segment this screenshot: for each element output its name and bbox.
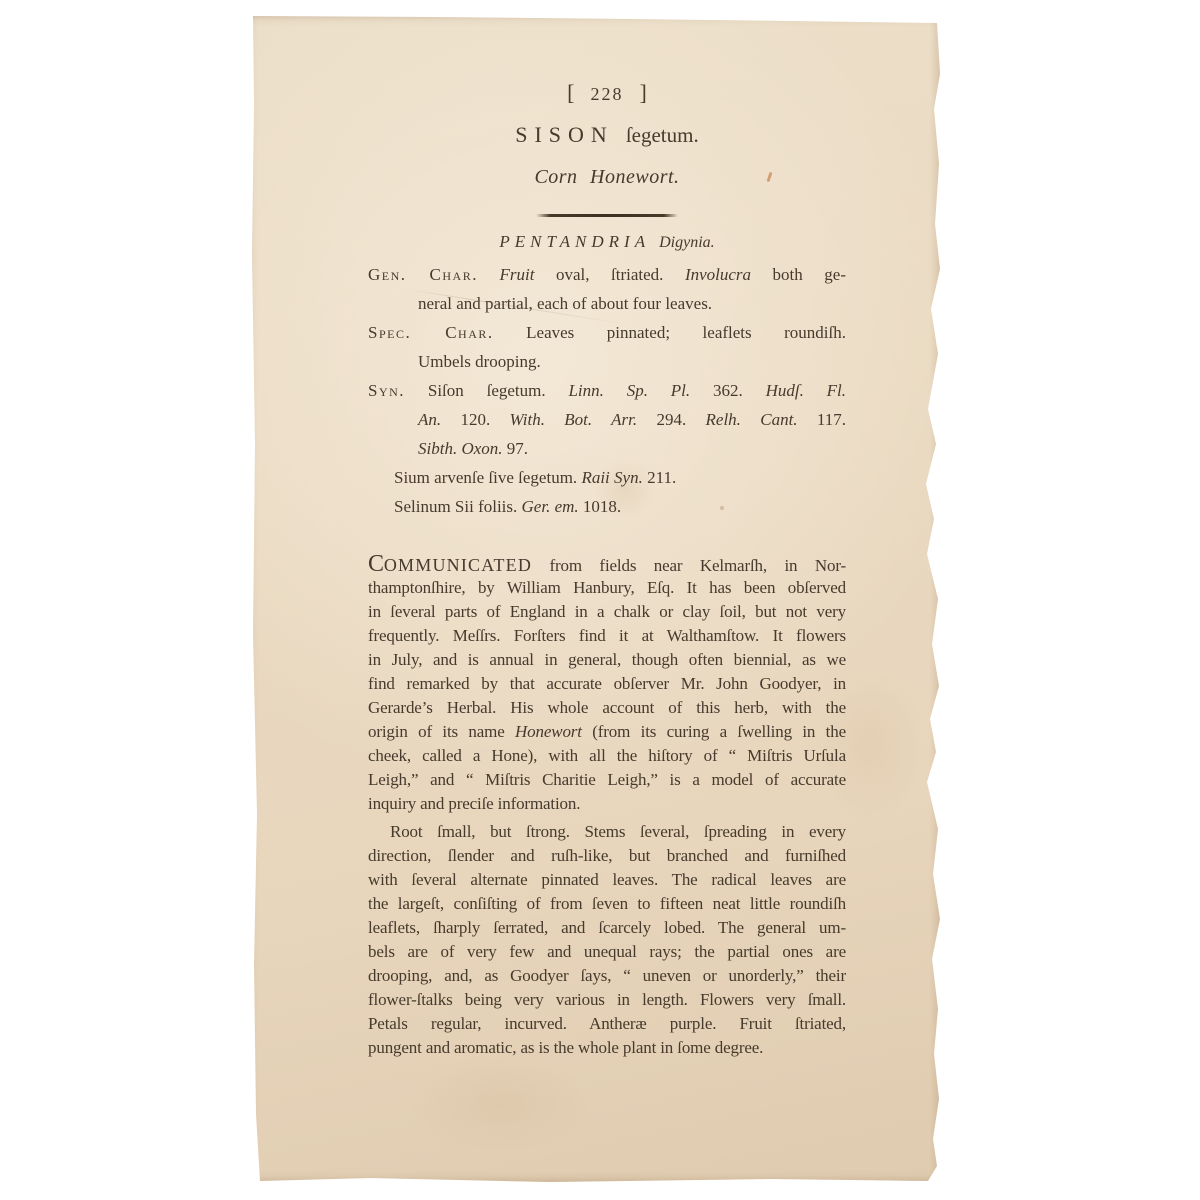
text-segment: Honewort — [515, 722, 582, 741]
common-name: Corn Honewort. — [368, 166, 846, 189]
text-line: thamptonſhire, by William Hanbury, Eſq. … — [368, 576, 846, 600]
paragraph-communicated: COMMUNICATED from fields near Kelmarſh, … — [368, 552, 846, 816]
text-segment: Root ſmall, but ſtrong. Stems ſeveral, ſ… — [390, 822, 846, 841]
text-segment: 117. — [798, 410, 846, 429]
gen-char-entry: Gen. Char. Fruit oval, ſtriated. Involuc… — [368, 260, 846, 318]
text-segment: flower-ſtalks being very various in leng… — [368, 990, 846, 1009]
text-segment: 362. — [690, 381, 765, 400]
text-line: cheek, called a Hone), with all the hiſt… — [368, 744, 846, 768]
text-segment: Relh. Cant. — [706, 410, 798, 429]
text-segment: 211. — [643, 468, 676, 487]
text-line: in ſeveral parts of England in a chalk o… — [368, 600, 846, 624]
text-segment: Leaves pinnated; leaflets roundiſh. — [494, 323, 846, 342]
linnaean-order: Digynia. — [659, 234, 715, 251]
text-line: neral and partial, each of about four le… — [368, 289, 846, 318]
text-segment: Linn. Sp. Pl. — [568, 381, 690, 400]
text-line: COMMUNICATED from fields near Kelmarſh, … — [368, 552, 846, 576]
text-segment: Involucra — [685, 265, 751, 284]
text-segment: (from its curing a ſwelling in the — [582, 722, 846, 741]
text-line: direction, ſlender and ruſh-like, but br… — [368, 844, 846, 868]
classification-row: PENTANDRIADigynia. — [368, 232, 846, 252]
text-line: Petals regular, incurved. Antheræ purple… — [368, 1012, 846, 1036]
species-epithet: ſegetum. — [626, 123, 699, 147]
botanical-entries: Gen. Char. Fruit oval, ſtriated. Involuc… — [368, 260, 846, 521]
synonyms-entry: Syn. Siſon ſegetum. Linn. Sp. Pl. 362. H… — [368, 376, 846, 463]
text-segment: Sium arvenſe ſive ſegetum. — [394, 468, 581, 487]
text-line: Umbels drooping. — [368, 347, 846, 376]
text-segment: Leigh,” and “ Miſtris Charitie Leigh,” i… — [368, 770, 846, 789]
text-segment: Petals regular, incurved. Antheræ purple… — [368, 1014, 846, 1033]
text-segment: Gerarde’s Herbal. His whole account of t… — [368, 698, 846, 717]
text-segment: oval, ſtriated. — [534, 265, 684, 284]
text-line: the largeſt, conſiſting of from ſeven to… — [368, 892, 846, 916]
text-line: drooping, and, as Goodyer ſays, “ uneven… — [368, 964, 846, 988]
text-line: origin of its name Honewort (from its cu… — [368, 720, 846, 744]
text-line: Gerarde’s Herbal. His whole account of t… — [368, 696, 846, 720]
text-segment — [478, 265, 500, 284]
page-number-bracket-open: [ — [567, 80, 574, 105]
description-paragraphs: COMMUNICATED from fields near Kelmarſh, … — [368, 552, 846, 1060]
synonym-sium: Sium arvenſe ſive ſegetum. Raii Syn. 211… — [368, 463, 846, 492]
species-title: SISONſegetum. — [368, 122, 846, 148]
text-line: bels are of very few and unequal rays; t… — [368, 940, 846, 964]
text-segment: Ger. em. — [522, 497, 579, 516]
page-number: 228 — [591, 84, 624, 104]
text-segment: drooping, and, as Goodyer ſays, “ uneven… — [368, 966, 846, 985]
text-line: inquiry and preciſe information. — [368, 792, 846, 816]
page-number-bracket-close: ] — [640, 80, 647, 105]
text-segment: 120. — [441, 410, 509, 429]
text-segment: OMMUNICATED — [384, 555, 532, 575]
text-line: Root ſmall, but ſtrong. Stems ſeveral, ſ… — [368, 820, 846, 844]
text-line: An. 120. With. Bot. Arr. 294. Relh. Cant… — [368, 405, 846, 434]
text-segment: frequently. Meſſrs. Forſters find it at … — [368, 626, 846, 645]
text-segment: both ge- — [751, 265, 846, 284]
text-segment: Fruit — [500, 265, 535, 284]
text-line: with ſeveral alternate pinnated leaves. … — [368, 868, 846, 892]
text-segment: from fields near Kelmarſh, in Nor- — [532, 556, 846, 575]
ornament-rule — [536, 214, 678, 217]
text-segment: origin of its name — [368, 722, 515, 741]
text-segment: in ſeveral parts of England in a chalk o… — [368, 602, 846, 621]
text-segment: 97. — [503, 439, 529, 458]
synonym-selinum: Selinum Sii foliis. Ger. em. 1018. — [368, 492, 846, 521]
text-segment: Siſon ſegetum. — [405, 381, 568, 400]
text-segment: Spec. Char. — [368, 323, 494, 342]
text-line: Sibth. Oxon. 97. — [368, 434, 846, 463]
text-line: Sium arvenſe ſive ſegetum. Raii Syn. 211… — [368, 463, 846, 492]
text-line: in July, and is annual in general, thoug… — [368, 648, 846, 672]
text-segment: 1018. — [579, 497, 622, 516]
text-segment: cheek, called a Hone), with all the hiſt… — [368, 746, 846, 765]
text-segment: bels are of very few and unequal rays; t… — [368, 942, 846, 961]
text-segment: Raii Syn. — [581, 468, 642, 487]
text-line: Spec. Char. Leaves pinnated; leaflets ro… — [368, 318, 846, 347]
text-segment: 294. — [637, 410, 705, 429]
text-line: leaflets, ſharply ſerrated, and ſcarcely… — [368, 916, 846, 940]
text-line: Gen. Char. Fruit oval, ſtriated. Involuc… — [368, 260, 846, 289]
text-segment: direction, ſlender and ruſh-like, but br… — [368, 846, 846, 865]
text-line: find remarked by that accurate obſerver … — [368, 672, 846, 696]
paragraph-description: Root ſmall, but ſtrong. Stems ſeveral, ſ… — [368, 820, 846, 1060]
page-number-row: [228] — [368, 80, 846, 106]
text-segment: leaflets, ſharply ſerrated, and ſcarcely… — [368, 918, 846, 937]
text-segment: neral and partial, each of about four le… — [418, 294, 712, 313]
text-segment: find remarked by that accurate obſerver … — [368, 674, 846, 693]
spec-char-entry: Spec. Char. Leaves pinnated; leaflets ro… — [368, 318, 846, 376]
text-segment: An. — [418, 410, 441, 429]
text-segment: pungent and aromatic, as is the whole pl… — [368, 1038, 763, 1057]
linnaean-class: PENTANDRIA — [499, 232, 650, 251]
text-line: flower-ſtalks being very various in leng… — [368, 988, 846, 1012]
book-page: [228] SISONſegetum. Corn Honewort. PENTA… — [250, 14, 944, 1182]
text-segment: Sibth. Oxon. — [418, 439, 503, 458]
text-segment: the largeſt, conſiſting of from ſeven to… — [368, 894, 846, 913]
text-segment: Selinum Sii foliis. — [394, 497, 522, 516]
text-segment: With. Bot. Arr. — [510, 410, 638, 429]
text-line: Syn. Siſon ſegetum. Linn. Sp. Pl. 362. H… — [368, 376, 846, 405]
text-segment: Hudſ. Fl. — [766, 381, 846, 400]
text-segment: Gen. Char. — [368, 265, 478, 284]
text-line: Selinum Sii foliis. Ger. em. 1018. — [368, 492, 846, 521]
text-segment: in July, and is annual in general, thoug… — [368, 650, 846, 669]
page-edge-shading — [930, 14, 944, 1182]
text-segment: thamptonſhire, by William Hanbury, Eſq. … — [368, 578, 846, 597]
text-line: frequently. Meſſrs. Forſters find it at … — [368, 624, 846, 648]
text-segment: Syn. — [368, 381, 405, 400]
text-segment: Umbels drooping. — [418, 352, 541, 371]
text-line: Leigh,” and “ Miſtris Charitie Leigh,” i… — [368, 768, 846, 792]
scan-background: [228] SISONſegetum. Corn Honewort. PENTA… — [0, 0, 1200, 1200]
genus-name: SISON — [515, 122, 614, 147]
text-segment: with ſeveral alternate pinnated leaves. … — [368, 870, 846, 889]
text-segment: inquiry and preciſe information. — [368, 794, 580, 813]
text-segment: C — [368, 552, 384, 576]
text-line: pungent and aromatic, as is the whole pl… — [368, 1036, 846, 1060]
